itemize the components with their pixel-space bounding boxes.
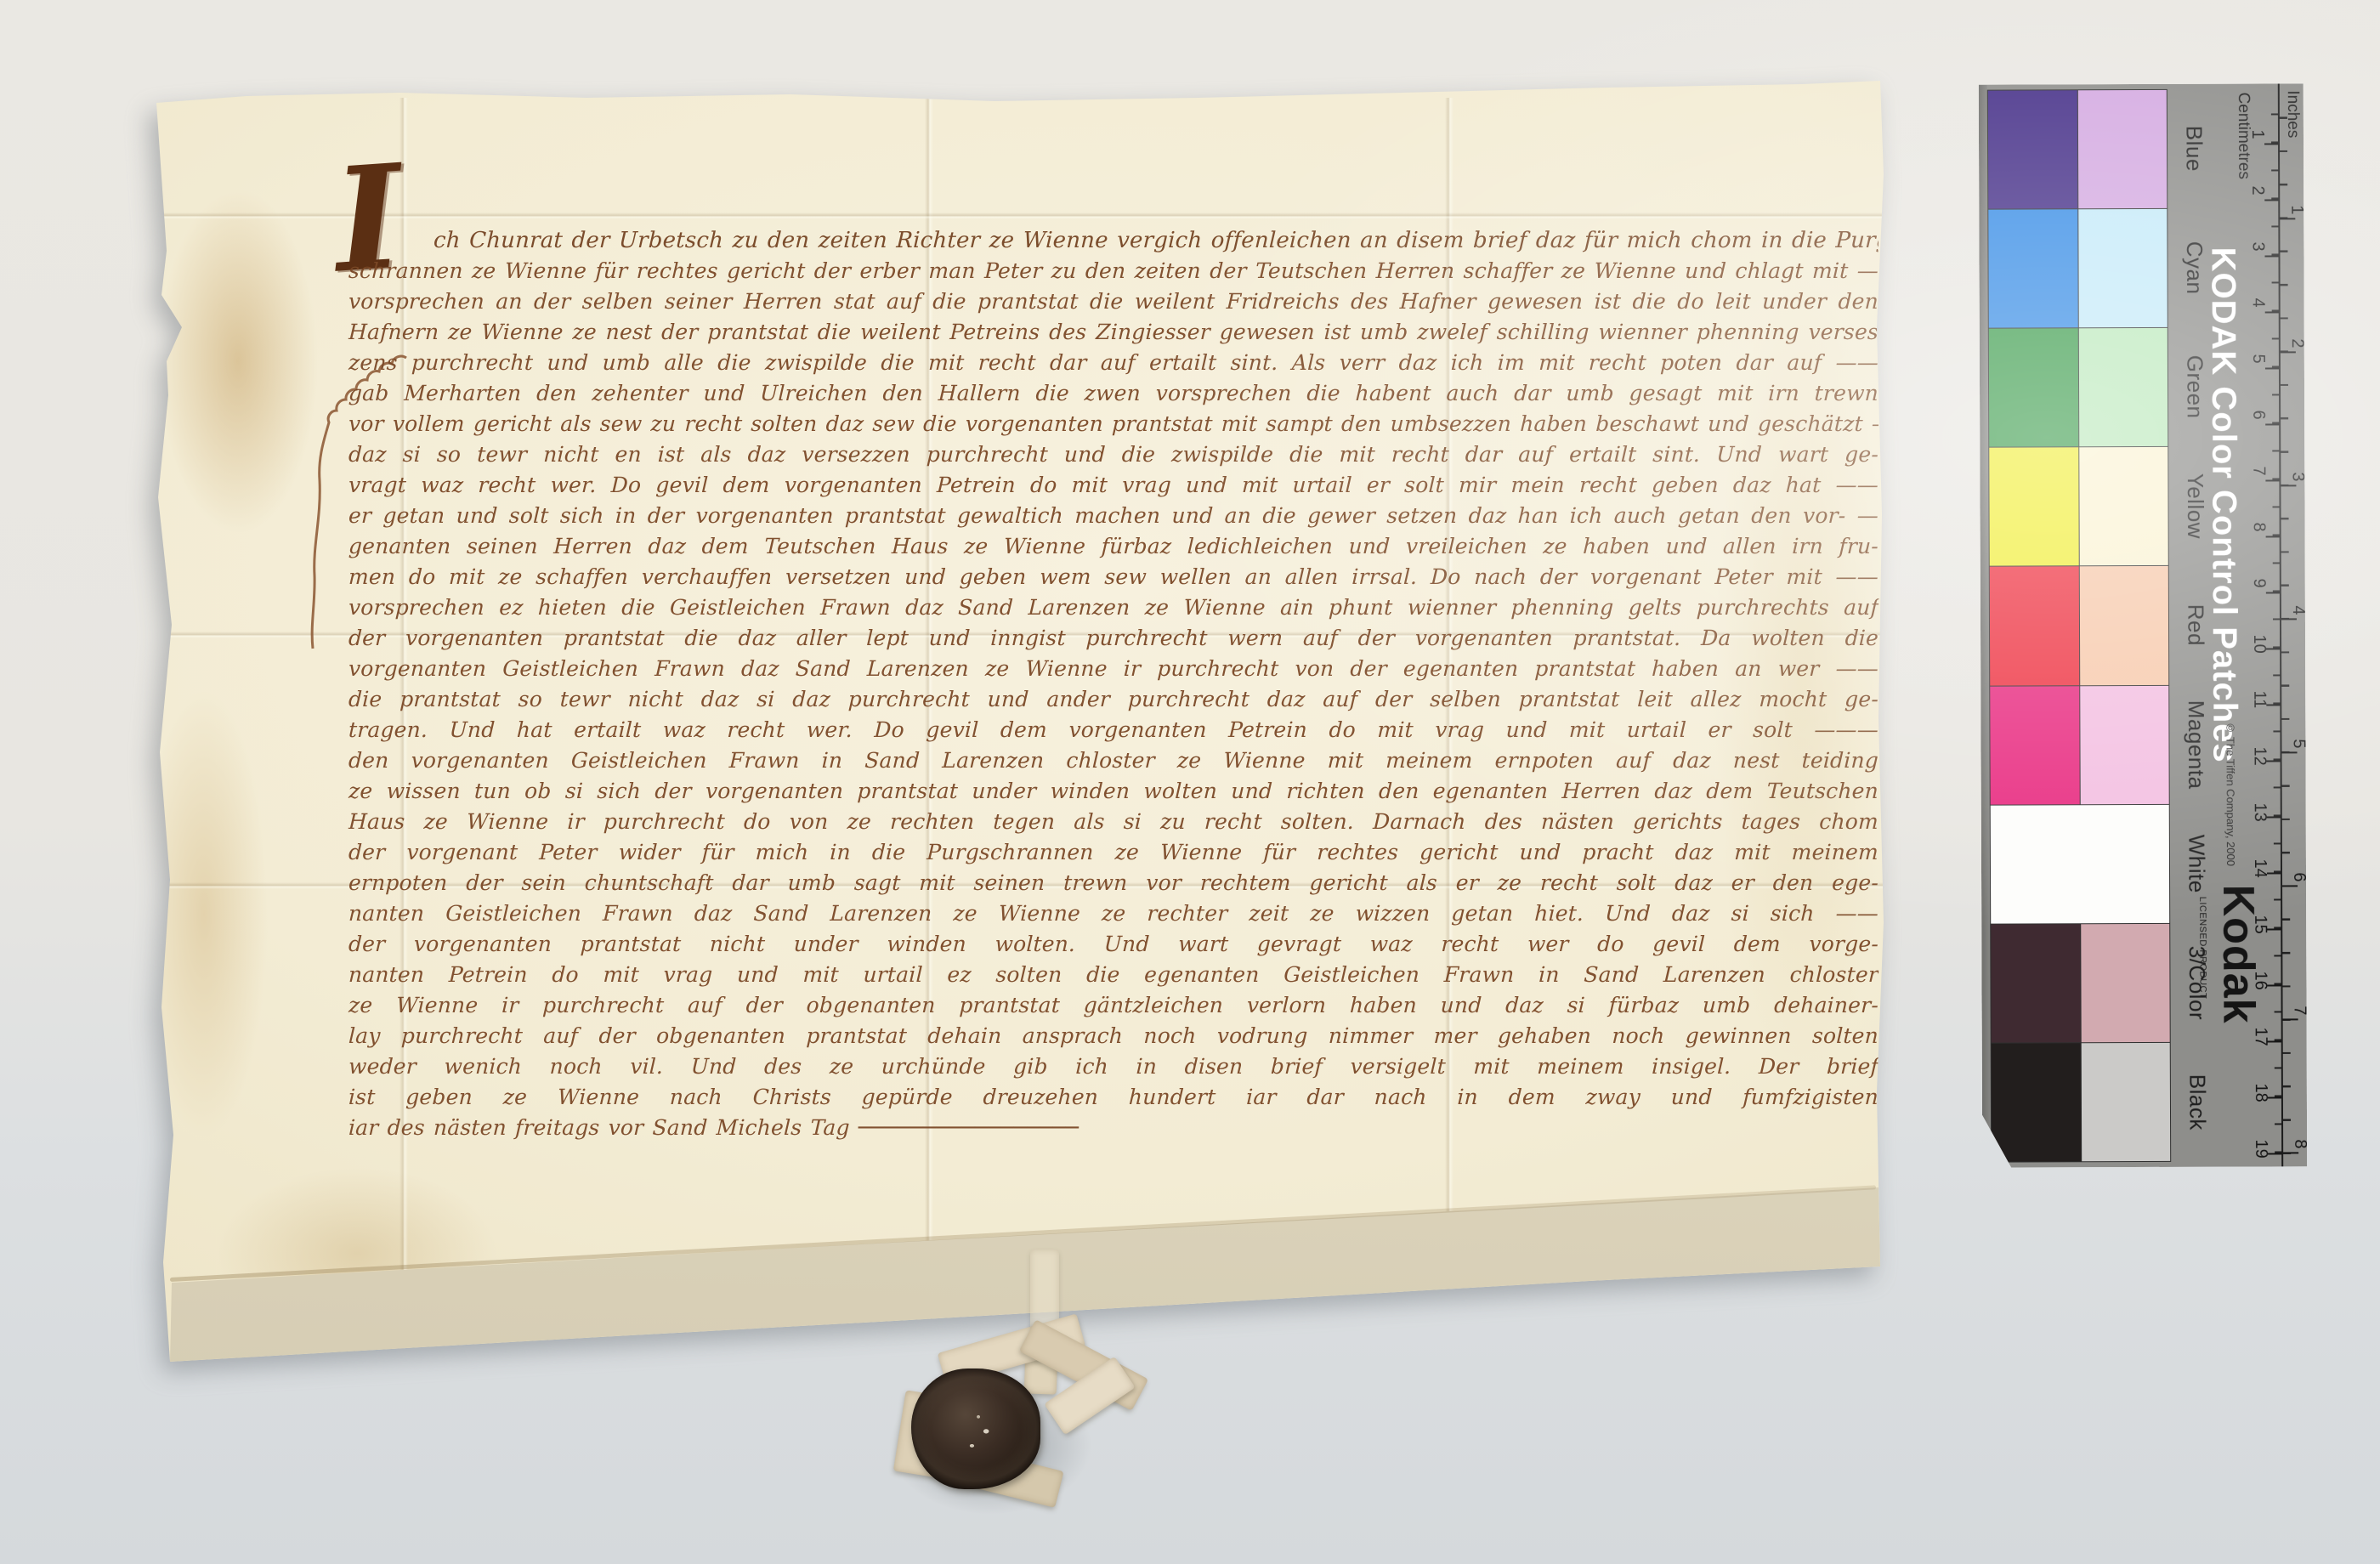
manuscript-line-26: ze Wienne ir purchrecht auf der obgenant… <box>348 990 1878 1021</box>
manuscript-line-8: daz si so tewr nicht en ist als daz vers… <box>348 439 1878 470</box>
manuscript-line-3: vorsprechen an der selben seiner Herren … <box>348 286 1878 317</box>
plica-crease-line <box>170 1185 1876 1282</box>
manuscript-line-14: der vorgenanten prantstat die daz aller … <box>348 623 1878 654</box>
manuscript-line-2: schrannen ze Wienne für rechtes gericht … <box>348 256 1878 286</box>
wax-seal <box>911 1368 1040 1489</box>
kodak-color-card: BlueCyanGreenYellowRedMagentaWhite3/Colo… <box>1979 83 2307 1167</box>
ruler-number-inch-2: 2 <box>2287 338 2307 348</box>
manuscript-line-13: vorsprechen ez hieten die Geistleichen F… <box>348 592 1878 623</box>
manuscript-line-11: genanten seinen Herren daz dem Teutschen… <box>348 531 1878 562</box>
manuscript-line-10: er getan und solt sich in der vorgenante… <box>348 501 1878 531</box>
ruler-number-inch-7: 7 <box>2290 1006 2309 1015</box>
manuscript-line-30: iar des nästen freitags vor Sand Michels… <box>348 1113 1878 1143</box>
manuscript-line-25: nanten Petrein do mit vrag und mit urtai… <box>348 960 1878 990</box>
parchment-sheet: I ch Chunrat der Urbetsch zu den zeiten … <box>144 72 1908 1385</box>
ruler-tick <box>2280 218 2295 219</box>
manuscript-line-18: den vorgenanten Geistleichen Frawn in Sa… <box>348 745 1878 776</box>
manuscript-line-20: Haus ze Wienne ir purchrecht do von ze r… <box>348 807 1878 837</box>
photo-stage: I ch Chunrat der Urbetsch zu den zeiten … <box>0 0 2380 1564</box>
manuscript-line-4: Hafnern ze Wienne ze nest der prantstat … <box>348 317 1878 348</box>
manuscript-line-15: vorgenanten Geistleichen Frawn daz Sand … <box>348 654 1878 684</box>
manuscript-line-29: ist geben ze Wienne nach Christs gepürde… <box>348 1082 1878 1113</box>
ruler-number-inch-3: 3 <box>2287 472 2307 481</box>
ruler-tick <box>2283 1018 2298 1020</box>
ruler-tick <box>2282 885 2298 887</box>
manuscript-line-22: ernpoten der sein chuntschaft dar umb sa… <box>348 868 1878 898</box>
ruler-number-inch-4: 4 <box>2288 605 2308 615</box>
ruler-tick <box>2283 1152 2298 1153</box>
manuscript-line-27: lay purchrecht auf der obgenanten prants… <box>348 1021 1878 1051</box>
parchment-document: I ch Chunrat der Urbetsch zu den zeiten … <box>144 72 1908 1385</box>
manuscript-line-1: ch Chunrat der Urbetsch zu den zeiten Ri… <box>348 225 1878 256</box>
manuscript-line-6: gab Merharten den zehenter und Ulreichen… <box>348 378 1878 409</box>
manuscript-line-12: men do mit ze schaffen verchauffen verse… <box>348 562 1878 592</box>
manuscript-line-17: tragen. Und hat ertailt waz recht wer. D… <box>348 715 1878 745</box>
manuscript-line-5: zens purchrecht und umb alle die zwispil… <box>348 348 1878 378</box>
manuscript-text-block: ch Chunrat der Urbetsch zu den zeiten Ri… <box>348 225 1878 1143</box>
inch-scale: 12345678 <box>1979 83 2307 1167</box>
parchment-stain <box>178 1143 535 1364</box>
manuscript-line-7: vor vollem gericht als sew zu recht solt… <box>348 409 1878 439</box>
manuscript-line-28: weder wenich noch vil. Und des ze urchün… <box>348 1051 1878 1082</box>
ruler-number-inch-6: 6 <box>2289 872 2309 881</box>
ruler-tick <box>2282 751 2298 753</box>
manuscript-line-16: die prantstat so tewr nicht daz si daz p… <box>348 684 1878 715</box>
ruler-tick <box>2281 351 2296 353</box>
fold-crease-horizontal <box>161 212 1891 219</box>
ruler-number-inch-5: 5 <box>2288 739 2308 748</box>
ruler-tick <box>2281 484 2296 486</box>
ruler-number-inch-8: 8 <box>2290 1139 2309 1148</box>
parchment-stain <box>119 616 289 1211</box>
ruler-tick <box>2281 618 2297 620</box>
manuscript-line-9: vragt waz recht wer. Do gevil dem vorgen… <box>348 470 1878 501</box>
manuscript-line-24: der vorgenanten prantstat nicht under wi… <box>348 929 1878 960</box>
manuscript-line-21: der vorgenant Peter wider für mich in di… <box>348 837 1878 868</box>
ruler-number-inch-1: 1 <box>2286 205 2306 214</box>
manuscript-line-23: nanten Geistleichen Frawn daz Sand Laren… <box>348 898 1878 929</box>
manuscript-line-19: ze wissen tun ob si sich der vorgenanten… <box>348 776 1878 807</box>
